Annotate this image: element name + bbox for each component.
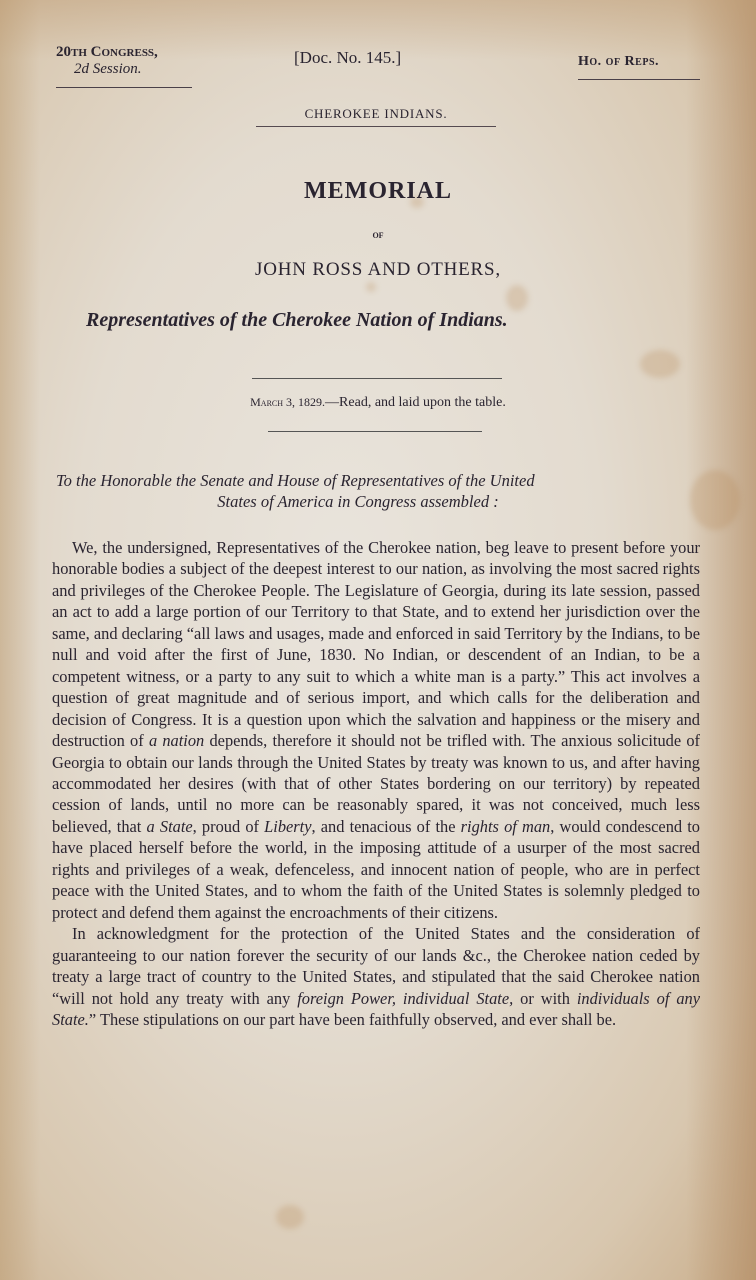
congress-label: 20th Congress, [56, 44, 158, 61]
foxing-stain [366, 282, 376, 292]
italic-run: a State [147, 817, 193, 836]
foxing-stain [640, 350, 680, 378]
date-line: March 3, 1829.—Read, and laid upon the t… [0, 395, 756, 411]
subject-rule [256, 126, 496, 127]
foxing-stain [506, 285, 528, 311]
title-of: OF [0, 231, 756, 240]
document-subtitle: Representatives of the Cherokee Nation o… [86, 309, 508, 332]
session-label: 2d Session. [56, 61, 158, 78]
header-right-rule [578, 79, 700, 80]
paragraph-1: We, the undersigned, Representatives of … [52, 537, 700, 923]
date-action: —Read, and laid upon the table. [325, 395, 506, 410]
doc-number: [Doc. No. 145.] [294, 48, 401, 68]
subject-text: CHEROKEE INDIANS. [305, 106, 448, 122]
italic-run: Liberty [264, 817, 311, 836]
divider-rule [252, 378, 502, 379]
text-run: We, the undersigned, Representatives of … [52, 538, 700, 750]
document-title: MEMORIAL [0, 178, 756, 205]
divider-rule [268, 431, 482, 432]
italic-run: foreign Power, individual State, [297, 989, 513, 1008]
text-run: , proud of [193, 817, 264, 836]
text-run: ” These stipulations on our part have be… [89, 1010, 616, 1029]
memorialists-names: JOHN ROSS AND OTHERS, [0, 259, 756, 281]
salutation-line-2: States of America in Congress assembled … [56, 491, 700, 512]
salutation: To the Honorable the Senate and House of… [56, 470, 700, 512]
subject-heading: CHEROKEE INDIANS. [0, 106, 756, 122]
header-left-rule [56, 87, 192, 88]
paragraph-2: In acknowledgment for the protection of … [52, 923, 700, 1030]
foxing-stain [276, 1205, 304, 1229]
memorial-body: We, the undersigned, Representatives of … [52, 537, 700, 1030]
house-label: Ho. of Reps. [578, 54, 659, 70]
salutation-line-1: To the Honorable the Senate and House of… [56, 471, 535, 490]
date: March 3, 1829. [250, 395, 325, 409]
congress-session-header: 20th Congress, 2d Session. [56, 44, 158, 78]
italic-run: a nation [149, 731, 204, 750]
italic-run: rights of man [461, 817, 551, 836]
text-run: , and tenacious of the [312, 817, 461, 836]
text-run: or with [513, 989, 577, 1008]
